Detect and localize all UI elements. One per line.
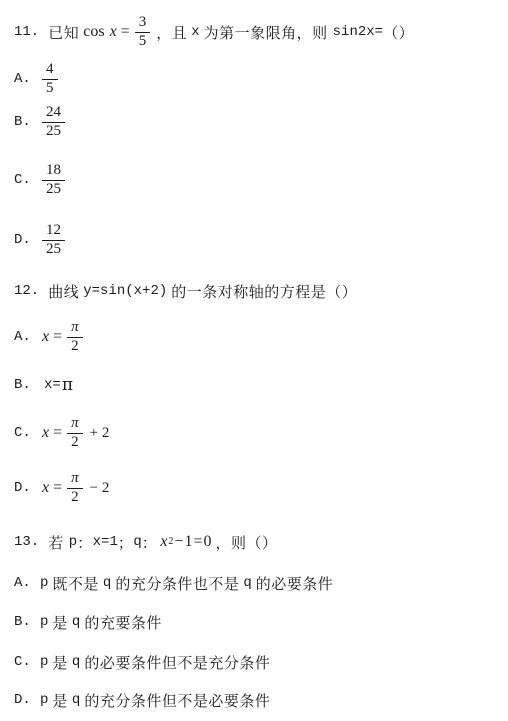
option-label: B. — [14, 377, 40, 393]
q11-stem-known: 已知 — [48, 22, 79, 43]
option-label: A. — [14, 71, 40, 87]
q11-stem-expr: sin2x= — [333, 24, 383, 40]
question-13-stem: 13. 若 p ： x=1 ； q ： x2−1=0 ，则（） — [14, 530, 277, 554]
formula-tail: + 2 — [90, 425, 110, 442]
equation-x-1: x=1 — [93, 534, 118, 550]
option-label: B. — [14, 114, 40, 130]
formula-x-eq-pi-over-2-minus-2: x = π 2 − 2 — [40, 470, 109, 506]
proposition-q: q — [72, 654, 80, 670]
proposition-q: q — [103, 575, 111, 591]
q11-stem-paren: （） — [383, 22, 414, 43]
option-12-d: D. x = π 2 − 2 — [14, 466, 109, 510]
equals-sign: = — [53, 328, 62, 346]
equals-sign: = — [53, 424, 62, 442]
option-label: D. — [14, 480, 40, 496]
option-label: B. — [14, 614, 40, 630]
fraction-numerator: π — [67, 415, 83, 433]
formula-x-eq-pi-over-2-plus-2: x = π 2 + 2 — [40, 415, 109, 451]
pi-symbol: π — [62, 375, 73, 395]
option-label: C. — [14, 172, 40, 188]
fraction-denominator: 25 — [42, 122, 65, 141]
equals-sign: = — [121, 23, 130, 41]
option-label: D. — [14, 692, 40, 708]
question-12-number: 12. — [14, 283, 39, 299]
proposition-q: q — [72, 692, 80, 708]
variable-x: x — [42, 328, 49, 346]
question-13-number: 13. — [14, 534, 39, 550]
fraction-denominator: 5 — [42, 79, 58, 98]
option-13-d: D. p 是 q 的充分条件但不是必要条件 — [14, 689, 270, 711]
fraction-18-25: 18 25 — [42, 162, 65, 198]
colon: ： — [142, 532, 158, 553]
formula-rest: −1=0 — [174, 533, 212, 551]
q11-cos-formula: cos x = 3 5 — [83, 14, 152, 50]
option-13-c: C. p 是 q 的必要条件但不是充分条件 — [14, 651, 270, 673]
fraction-denominator: 25 — [42, 180, 65, 199]
fraction-denominator: 2 — [67, 337, 83, 356]
proposition-p: p — [69, 534, 77, 550]
document-page: 11. 已知 cos x = 3 5 ，且 x 为第一象限角，则 sin2x= … — [0, 0, 508, 721]
option-text: 的充分条件但不是必要条件 — [84, 690, 270, 711]
option-text: 是 — [52, 612, 68, 633]
q12-stem-expr: y=sin(x+2) — [83, 283, 167, 299]
option-11-a: A. 4 5 — [14, 58, 60, 100]
fraction-numerator: 18 — [42, 162, 65, 180]
variable-x: x — [42, 424, 49, 442]
option-11-d: D. 12 25 — [14, 218, 67, 262]
option-11-c: C. 18 25 — [14, 158, 67, 202]
fraction-pi-2: π 2 — [67, 415, 83, 451]
variable-x: x — [42, 479, 49, 497]
q11-stem-x: x — [191, 24, 199, 40]
fraction-denominator: 2 — [67, 488, 83, 507]
variable-x: x — [110, 23, 117, 41]
formula-x-eq: x= — [44, 377, 61, 393]
question-12-stem: 12. 曲线 y=sin(x+2) 的一条对称轴的方程是（） — [14, 280, 357, 302]
fraction-numerator: 24 — [42, 104, 65, 122]
option-13-b: B. p 是 q 的充要条件 — [14, 611, 162, 633]
option-12-b: B. x= π — [14, 374, 73, 396]
question-11-stem: 11. 已知 cos x = 3 5 ，且 x 为第一象限角，则 sin2x= … — [14, 8, 414, 56]
q12-stem-pre: 曲线 — [48, 281, 79, 302]
q12-stem-post: 的一条对称轴的方程是（） — [171, 281, 357, 302]
option-11-b: B. 24 25 — [14, 100, 67, 144]
option-label: A. — [14, 329, 40, 345]
fraction-3-5: 3 5 — [135, 14, 151, 50]
option-13-a: A. p 既不是 q 的充分条件也不是 q 的必要条件 — [14, 572, 333, 594]
proposition-p: p — [40, 614, 48, 630]
fraction-24-25: 24 25 — [42, 104, 65, 140]
option-label: A. — [14, 575, 40, 591]
fraction-denominator: 25 — [42, 240, 65, 259]
formula-x-squared-minus-1: x2−1=0 — [160, 533, 212, 551]
fraction-numerator: π — [67, 470, 83, 488]
question-11-number: 11. — [14, 24, 39, 40]
colon: ： — [77, 532, 93, 553]
option-label: C. — [14, 654, 40, 670]
proposition-q: q — [133, 534, 141, 550]
option-label: C. — [14, 425, 40, 441]
formula-tail: − 2 — [90, 480, 110, 497]
option-text: 是 — [52, 652, 68, 673]
q13-stem-ruo: 若 — [48, 532, 64, 553]
formula-x-eq-pi-over-2: x = π 2 — [40, 319, 85, 355]
fraction-pi-2: π 2 — [67, 470, 83, 506]
fraction-12-25: 12 25 — [42, 222, 65, 258]
option-text: 的必要条件 — [256, 573, 334, 594]
proposition-p: p — [40, 654, 48, 670]
option-12-c: C. x = π 2 + 2 — [14, 411, 109, 455]
proposition-q: q — [243, 575, 251, 591]
fraction-numerator: 4 — [42, 61, 58, 79]
q11-stem-mid2: 为第一象限角，则 — [204, 22, 328, 43]
fraction-denominator: 5 — [135, 32, 151, 51]
proposition-q: q — [72, 614, 80, 630]
cos-function: cos — [83, 23, 104, 41]
fraction-numerator: 12 — [42, 222, 65, 240]
option-label: D. — [14, 232, 40, 248]
semicolon: ； — [118, 532, 134, 553]
proposition-p: p — [40, 692, 48, 708]
option-text: 的充分条件也不是 — [115, 573, 239, 594]
equals-sign: = — [53, 479, 62, 497]
fraction-numerator: 3 — [135, 14, 151, 32]
option-text: 是 — [52, 690, 68, 711]
option-text: 既不是 — [52, 573, 99, 594]
option-12-a: A. x = π 2 — [14, 315, 85, 359]
fraction-numerator: π — [67, 319, 83, 337]
option-text: 的必要条件但不是充分条件 — [84, 652, 270, 673]
proposition-p: p — [40, 575, 48, 591]
q13-stem-post: ，则（） — [215, 532, 277, 553]
option-text: 的充要条件 — [84, 612, 162, 633]
variable-x: x — [160, 533, 168, 551]
q11-stem-mid: ，且 — [156, 22, 187, 43]
fraction-pi-2: π 2 — [67, 319, 83, 355]
fraction-denominator: 2 — [67, 433, 83, 452]
fraction-4-5: 4 5 — [42, 61, 58, 97]
